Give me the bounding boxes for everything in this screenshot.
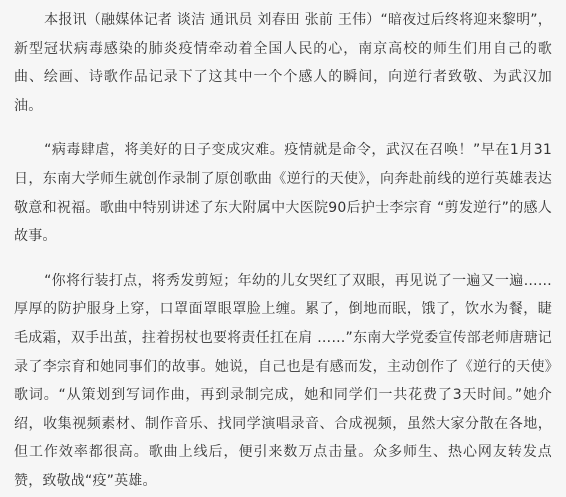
article-body: 本报讯（融媒体记者 谈洁 通讯员 刘春田 张前 王伟）“暗夜过后终将迎来黎明”，… bbox=[0, 0, 552, 496]
article-paragraph-intro: 本报讯（融媒体记者 谈洁 通讯员 刘春田 张前 王伟）“暗夜过后终将迎来黎明”，… bbox=[14, 6, 552, 120]
article-paragraph-lyrics: “你将行装打点，将秀发剪短；年幼的儿女哭红了双眼，再见说了一遍又一遍……厚厚的防… bbox=[14, 267, 552, 496]
article-paragraph-song: “病毒肆虐，将美好的日子变成灾难。疫情就是命令，武汉在召唤！”早在1月31日，东… bbox=[14, 136, 552, 250]
